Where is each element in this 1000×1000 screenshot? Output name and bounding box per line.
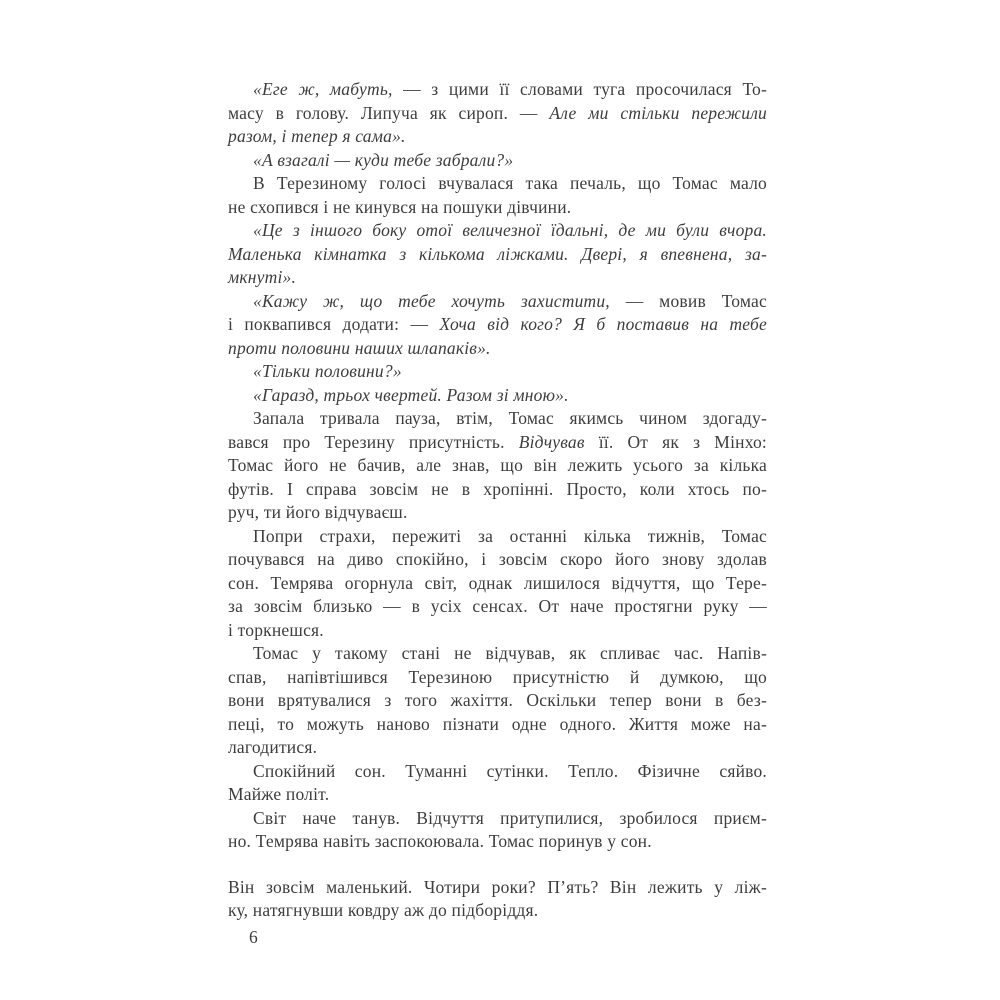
text-line: сон. Темрява огорнула світ, однак лишило…: [228, 572, 767, 596]
narration-text: футів. І справа зовсім не в хропінні. Пр…: [228, 479, 767, 499]
text-line: спав, напівтішився Терезиною присутністю…: [228, 666, 767, 690]
text-line: «Гаразд, трьох чвертей. Разом зі мною».: [228, 384, 767, 408]
text-line: вався про Терезину присутність. Відчував…: [228, 431, 767, 455]
text-line: Запала тривала пауза, втім, Томас якимсь…: [228, 407, 767, 431]
narration-text: її. От як з Мінхо:: [585, 432, 767, 452]
narration-text: ку, натягнувши ковдру аж до підборіддя.: [228, 900, 538, 920]
narration-text: масу в голову. Липуча як сироп. —: [228, 103, 549, 123]
text-line: «Еге ж, мабуть, — з цими її словами туга…: [228, 78, 767, 102]
narration-text: Спокійний сон. Туманні сутінки. Тепло. Ф…: [253, 761, 767, 781]
text-line: і торкнешся.: [228, 619, 767, 643]
dialogue-italic-text: «Це з іншого боку отої величезної їдальн…: [253, 220, 767, 240]
narration-text: вони врятувалися з того жахіття. Оскільк…: [228, 690, 767, 710]
narration-text: В Терезиному голосі вчувалася така печал…: [253, 173, 767, 193]
text-line: мкнуті».: [228, 266, 767, 290]
narration-text: вався про Терезину присутність.: [228, 432, 519, 452]
text-line: Світ наче танув. Відчуття притупилися, з…: [228, 807, 767, 831]
text-line: разом, і тепер я сама».: [228, 125, 767, 149]
dialogue-italic-text: «А взагалі — куди тебе забрали?»: [253, 150, 513, 170]
narration-text: но. Темрява навіть заспокоювала. Томас п…: [228, 831, 652, 851]
text-line: но. Темрява навіть заспокоювала. Томас п…: [228, 830, 767, 854]
text-line: «Тільки половини?»: [228, 360, 767, 384]
narration-text: Попри страхи, пережиті за останні кілька…: [253, 526, 767, 546]
narration-text: Майже політ.: [228, 784, 329, 804]
book-page: «Еге ж, мабуть, — з цими її словами туга…: [0, 0, 1000, 1000]
text-line: футів. І справа зовсім не в хропінні. Пр…: [228, 478, 767, 502]
narration-text: — з цими її словами туга просочилася То-: [403, 79, 767, 99]
narration-text: Світ наче танув. Відчуття притупилися, з…: [253, 808, 767, 828]
dialogue-italic-text: разом, і тепер я сама».: [228, 126, 406, 146]
dialogue-italic-text: «Кажу ж, що тебе хочуть захистити,: [253, 291, 626, 311]
text-line: за зовсім близько — в усіх сенсах. От на…: [228, 595, 767, 619]
text-line: пеці, то можуть наново пізнати одне одно…: [228, 713, 767, 737]
narration-text: пеці, то можуть наново пізнати одне одно…: [228, 714, 767, 734]
text-line: Томас у такому стані не відчував, як спл…: [228, 642, 767, 666]
text-line: проти половини наших шлапаків».: [228, 337, 767, 361]
text-line: «Кажу ж, що тебе хочуть захистити, — мов…: [228, 290, 767, 314]
text-line: руч, ти його відчуваєш.: [228, 501, 767, 525]
dialogue-italic-text: Але ми стільки пережили: [549, 103, 767, 123]
dialogue-italic-text: Маленька кімнатка з кількома ліжками. Дв…: [228, 244, 767, 264]
dialogue-italic-text: «Еге ж, мабуть,: [253, 79, 403, 99]
narration-text: Запала тривала пауза, втім, Томас якимсь…: [253, 408, 767, 428]
text-line: вони врятувалися з того жахіття. Оскільк…: [228, 689, 767, 713]
narration-text: почувався на диво спокійно, і зовсім ско…: [228, 549, 767, 569]
page-text-block: «Еге ж, мабуть, — з цими її словами туга…: [228, 78, 767, 923]
dialogue-italic-text: мкнуті».: [228, 267, 296, 287]
text-line: ку, натягнувши ковдру аж до підборіддя.: [228, 899, 767, 923]
text-line: Майже політ.: [228, 783, 767, 807]
narration-text: спав, напівтішився Терезиною присутністю…: [228, 667, 767, 687]
narration-text: лагодитися.: [228, 737, 317, 757]
text-line: Томас його не бачив, але знав, що він ле…: [228, 454, 767, 478]
text-line: Він зовсім маленький. Чотири роки? П’ять…: [228, 876, 767, 900]
dialogue-italic-text: проти половини наших шлапаків».: [228, 338, 491, 358]
dialogue-italic-text: Відчував: [519, 432, 585, 452]
text-line: масу в голову. Липуча як сироп. — Але ми…: [228, 102, 767, 126]
text-line: Маленька кімнатка з кількома ліжками. Дв…: [228, 243, 767, 267]
narration-text: Томас у такому стані не відчував, як спл…: [253, 643, 767, 663]
text-line: лагодитися.: [228, 736, 767, 760]
narration-text: не схопився і не кинувся на пошуки дівчи…: [228, 197, 571, 217]
narration-text: за зовсім близько — в усіх сенсах. От на…: [228, 596, 767, 616]
page-number: 6: [249, 926, 258, 950]
text-line: Спокійний сон. Туманні сутінки. Тепло. Ф…: [228, 760, 767, 784]
text-line: «А взагалі — куди тебе забрали?»: [228, 149, 767, 173]
text-line: почувався на диво спокійно, і зовсім ско…: [228, 548, 767, 572]
narration-text: сон. Темрява огорнула світ, однак лишило…: [228, 573, 767, 593]
narration-text: Він зовсім маленький. Чотири роки? П’ять…: [228, 877, 767, 897]
dialogue-italic-text: Хоча від кого? Я б поставив на тебе: [439, 314, 767, 334]
text-line: В Терезиному голосі вчувалася така печал…: [228, 172, 767, 196]
text-line: і поквапився додати: — Хоча від кого? Я …: [228, 313, 767, 337]
narration-text: руч, ти його відчуваєш.: [228, 502, 408, 522]
text-line: не схопився і не кинувся на пошуки дівчи…: [228, 196, 767, 220]
narration-text: і торкнешся.: [228, 620, 324, 640]
dialogue-italic-text: «Тільки половини?»: [253, 361, 402, 381]
narration-text: — мовив Томас: [626, 291, 767, 311]
dialogue-italic-text: «Гаразд, трьох чвертей. Разом зі мною».: [253, 385, 569, 405]
narration-text: і поквапився додати: —: [228, 314, 439, 334]
narration-text: Томас його не бачив, але знав, що він ле…: [228, 455, 767, 475]
text-line: «Це з іншого боку отої величезної їдальн…: [228, 219, 767, 243]
text-line: Попри страхи, пережиті за останні кілька…: [228, 525, 767, 549]
